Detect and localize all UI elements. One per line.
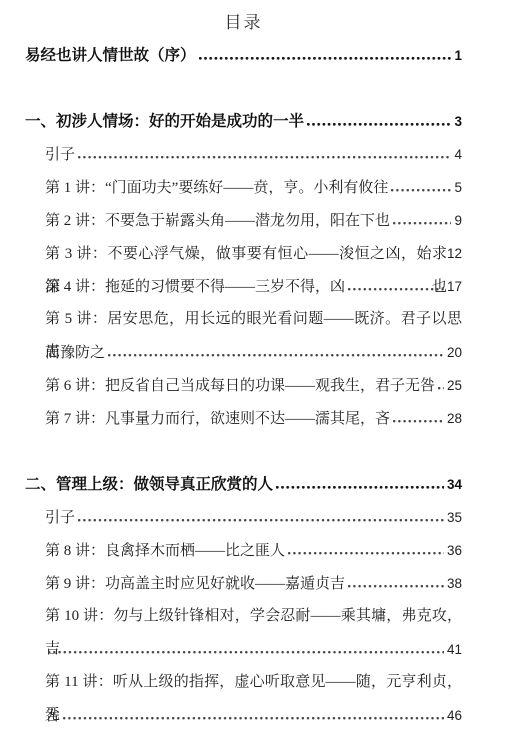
page-number: 4 bbox=[454, 138, 462, 171]
dot-leader bbox=[108, 354, 444, 357]
dot-leader bbox=[391, 189, 451, 192]
entry-label: 第 2 讲：不要急于崭露头角——潜龙勿用，阳在下也 bbox=[45, 205, 390, 238]
page-number: 41 bbox=[447, 633, 462, 666]
toc-entry-wrap-line1: 第 11 讲：听从上级的指挥，虚心听取意见——随，元亨利贞，无 bbox=[0, 666, 521, 699]
entry-label: 引子 bbox=[45, 139, 75, 172]
page-number: 46 bbox=[447, 699, 462, 732]
entry-label: 一、初涉人情场：好的开始是成功的一半 bbox=[25, 105, 304, 138]
entry-label: 第 1 讲：“门面功夫”要练好——贲，亨。小利有攸往 bbox=[45, 172, 388, 205]
toc-entry: 第 6 讲：把反省自己当成每日的功课——观我生，君子无咎 25 bbox=[0, 369, 521, 402]
entry-label: 二、管理上级：做领导真正欣赏的人 bbox=[25, 468, 273, 501]
dot-leader bbox=[78, 519, 444, 522]
page-number: 38 bbox=[447, 567, 462, 600]
dot-leader bbox=[63, 717, 444, 720]
page-number: 25 bbox=[447, 369, 462, 402]
toc-entry: 引子 4 bbox=[0, 138, 521, 171]
entry-label: 第 4 讲：拖延的习惯要不得——三岁不得，凶 bbox=[45, 271, 345, 304]
toc-entry: 第 7 讲：凡事量力而行，欲速则不达——濡其尾，吝 28 bbox=[0, 402, 521, 435]
toc-entry: 第 1 讲：“门面功夫”要练好——贲，亨。小利有攸往 5 bbox=[0, 171, 521, 204]
entry-label: 易经也讲人情世故（序） bbox=[25, 39, 196, 72]
toc-entry: 第 3 讲：不要心浮气燥，做事要有恒心——浚恒之凶，始求深也 12 bbox=[0, 237, 521, 270]
toc-entry: 第 9 讲：功高盖主时应见好就收——嘉遁贞吉 38 bbox=[0, 567, 521, 600]
page-number: 35 bbox=[447, 501, 462, 534]
page-number: 1 bbox=[454, 39, 462, 72]
toc-entry: 第 2 讲：不要急于崭露头角——潜龙勿用，阳在下也 9 bbox=[0, 204, 521, 237]
toc-entry: 引子 35 bbox=[0, 501, 521, 534]
dot-leader bbox=[48, 651, 444, 654]
entry-label: 第 9 讲：功高盖主时应见好就收——嘉遁贞吉 bbox=[45, 568, 345, 601]
page-number: 20 bbox=[447, 336, 462, 369]
blank-line bbox=[0, 72, 521, 105]
entry-label: 第 6 讲：把反省自己当成每日的功课——观我生，君子无咎 bbox=[45, 370, 435, 403]
page-number: 17 bbox=[447, 270, 462, 303]
section-2-header: 二、管理上级：做领导真正欣赏的人 34 bbox=[0, 468, 521, 501]
dot-leader bbox=[307, 123, 451, 126]
dot-leader bbox=[199, 57, 452, 60]
dot-leader bbox=[393, 222, 451, 225]
page-number: 5 bbox=[454, 171, 462, 204]
entry-label: 第 7 讲：凡事量力而行，欲速则不达——濡其尾，吝 bbox=[45, 403, 390, 436]
page-number: 34 bbox=[447, 468, 462, 501]
dot-leader bbox=[393, 420, 444, 423]
page-title: 目录 bbox=[0, 6, 521, 39]
toc-entry: 第 8 讲：良禽择木而栖——比之匪人 36 bbox=[0, 534, 521, 567]
page-number: 3 bbox=[454, 105, 462, 138]
dot-leader bbox=[438, 387, 444, 390]
entry-label: 第 8 讲：良禽择木而栖——比之匪人 bbox=[45, 535, 285, 568]
entry-label: 咎 bbox=[45, 700, 60, 733]
page-number: 36 bbox=[447, 534, 462, 567]
dot-leader bbox=[78, 156, 451, 159]
entry-label: 第 11 讲：听从上级的指挥，虚心听取意见——随，元亨利贞，无 bbox=[45, 666, 462, 732]
toc-page: 目录 易经也讲人情世故（序） 1 一、初涉人情场：好的开始是成功的一半 3 引子… bbox=[0, 0, 521, 732]
dot-leader bbox=[276, 486, 444, 489]
page-number: 28 bbox=[447, 402, 462, 435]
toc-entry-preface: 易经也讲人情世故（序） 1 bbox=[0, 39, 521, 72]
dot-leader bbox=[288, 552, 444, 555]
entry-label: 引子 bbox=[45, 502, 75, 535]
page-number: 12 bbox=[447, 237, 462, 270]
dot-leader bbox=[348, 288, 444, 291]
entry-label: 而豫防之 bbox=[45, 337, 105, 370]
dot-leader bbox=[348, 585, 444, 588]
section-1-header: 一、初涉人情场：好的开始是成功的一半 3 bbox=[0, 105, 521, 138]
page-number: 9 bbox=[454, 204, 462, 237]
blank-line bbox=[0, 435, 521, 468]
entry-label: 第 10 讲：勿与上级针锋相对，学会忍耐——乘其墉，弗克攻，吉 bbox=[45, 600, 462, 666]
entry-label: 第 5 讲：居安思危，用长远的眼光看问题——既济。君子以思患 bbox=[45, 303, 462, 369]
toc-entry-wrap-line1: 第 5 讲：居安思危，用长远的眼光看问题——既济。君子以思患 bbox=[0, 303, 521, 336]
toc-entry-wrap-line1: 第 10 讲：勿与上级针锋相对，学会忍耐——乘其墉，弗克攻，吉 bbox=[0, 600, 521, 633]
